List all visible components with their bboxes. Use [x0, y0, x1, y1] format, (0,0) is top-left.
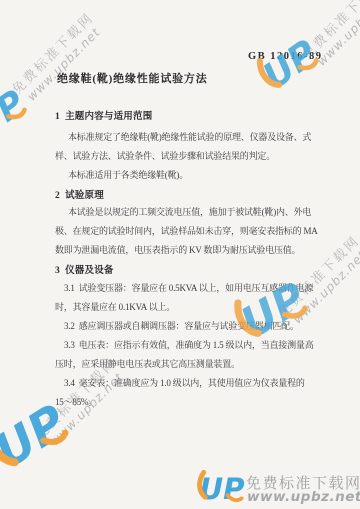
doc-line: 本试验是以规定的工频交流电压值，施加于被试鞋(靴)内、外电: [68, 205, 311, 218]
section-heading-2: 2 试验原理: [55, 187, 104, 201]
logo-swoosh: [0, 428, 15, 467]
logo-swoosh: [43, 428, 67, 447]
watermark-site-name: 免费标准下载网: [282, 0, 360, 77]
watermark-top-left: 免费标准下载网 www.upbz.net: [0, 0, 122, 122]
doc-line: 15～85%。: [55, 395, 97, 408]
watermark-site-url: www.upbz.net: [6, 6, 122, 122]
document-title: 绝缘鞋(靴)绝缘性能试验方法: [57, 70, 208, 86]
section-heading-3: 3 仪器及设备: [55, 262, 114, 276]
doc-line: 压时，应采用静电电压表或其它高压测量装置。: [55, 357, 240, 370]
watermark-site-name: 免费标准下载网: [0, 0, 112, 112]
logo-swoosh: [9, 107, 26, 122]
footer-site-url: www.upbz.net: [247, 489, 360, 505]
doc-line: 3.3 电压表：应指示有效值，准确度为 1.5 级以内，当直接测量高: [64, 338, 314, 351]
doc-line: 本标准规定了绝缘鞋(靴)绝缘性能试验的原理、仪器及设备、式: [68, 130, 311, 143]
upbz-logo-icon: UP: [248, 26, 328, 102]
doc-line: 数即为泄漏电流值，电压表指示的 KV 数即为耐压试验电压值。: [55, 243, 300, 256]
watermark-top-right: 免费标准下载网 www.upbz.net: [282, 0, 360, 87]
upbz-footer-logo-icon: UP: [195, 468, 247, 507]
upbz-logo-icon: UP: [0, 76, 36, 150]
standard-number: GB 12016-89: [248, 51, 323, 62]
logo-swoosh: [200, 472, 206, 497]
doc-line: 极、在规定的试验时间内，试验样品如未击穿，则毫安表指标的 MA: [55, 224, 318, 237]
doc-line: 3.4 毫安表：准确度应为 1.0 级以内，其使用值应为仪表量程的: [64, 376, 305, 389]
logo-monogram: UP: [0, 83, 33, 147]
section-heading-1: 1 主题内容与适用范围: [55, 108, 152, 122]
logo-swoosh: [256, 60, 279, 89]
scanned-standard-page: GB 12016-89 绝缘鞋(靴)绝缘性能试验方法 1 主题内容与适用范围 本…: [0, 0, 360, 509]
doc-line: 本标准适用于各类绝缘鞋(靴)。: [68, 168, 188, 181]
watermark-site-url: www.upbz.net: [296, 0, 360, 87]
doc-line: 3.1 试验变压器：容量应在 0.5KVA 以上，如用电压互感器作电源: [64, 281, 313, 294]
logo-swoosh: [228, 495, 242, 500]
doc-line: 时，其容量应在 0.1KVA 以上。: [55, 300, 175, 313]
logo-monogram: UP: [256, 33, 325, 98]
doc-line: 样、试验方法、试验条件、试验步骤和试验结果的判定。: [55, 149, 275, 162]
logo-monogram: UP: [199, 472, 245, 506]
doc-line: 3.2 感应调压器或自耦调压器：容量应与试验变压器相匹配。: [64, 319, 299, 332]
